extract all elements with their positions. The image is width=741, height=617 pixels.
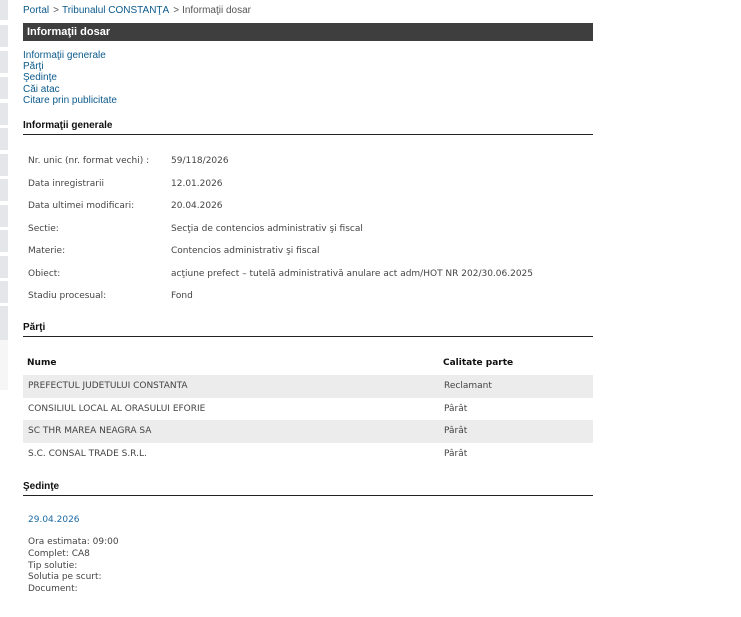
info-label: Materie: xyxy=(28,246,65,256)
hearing-details: Ora estimata: 09:00 Complet: CA8 Tip sol… xyxy=(28,537,119,596)
nav-link-sedinte[interactable]: Şedinţe xyxy=(23,72,117,83)
hearing-solutia-pe-scurt: Solutia pe scurt: xyxy=(28,572,119,584)
breadcrumb: Portal>Tribunalul CONSTANŢA>Informaţii d… xyxy=(23,5,251,16)
nav-link-cai-atac[interactable]: Căi atac xyxy=(23,84,117,95)
section-heading-sedinte: Şedinţe xyxy=(23,481,593,496)
column-header-nume: Nume xyxy=(27,358,56,368)
breadcrumb-portal[interactable]: Portal xyxy=(23,5,49,16)
page-title: Informaţii dosar xyxy=(23,23,593,41)
section-heading-parti: Părţi xyxy=(23,322,593,337)
left-sidebar-strip xyxy=(0,0,8,400)
party-role: Reclamant xyxy=(444,381,492,391)
info-value: Fond xyxy=(171,291,193,301)
hearing-date: 29.04.2026 xyxy=(28,515,119,525)
nav-link-citare-publicitate[interactable]: Citare prin publicitate xyxy=(23,95,117,106)
party-role: Pârât xyxy=(444,426,467,436)
hearing-tip-solutie: Tip solutie: xyxy=(28,561,119,573)
hearing-item: 29.04.2026 Ora estimata: 09:00 Complet: … xyxy=(28,515,119,596)
hearing-complet: Complet: CA8 xyxy=(28,549,119,561)
nav-link-parti[interactable]: Părţi xyxy=(23,61,117,72)
info-value: Contencios administrativ şi fiscal xyxy=(171,246,320,256)
column-header-calitate: Calitate parte xyxy=(443,358,513,368)
info-label: Data ultimei modificari: xyxy=(28,201,134,211)
hearing-document: Document: xyxy=(28,584,119,596)
table-header: Nume Calitate parte xyxy=(23,353,593,375)
info-label: Stadiu procesual: xyxy=(28,291,106,301)
info-value: 20.04.2026 xyxy=(171,201,223,211)
table-row: PREFECTUL JUDETULUI CONSTANTA Reclamant xyxy=(23,375,593,398)
table-row: S.C. CONSAL TRADE S.R.L. Pârât xyxy=(23,443,593,466)
info-label: Nr. unic (nr. format vechi) : xyxy=(28,156,149,166)
breadcrumb-separator: > xyxy=(173,5,179,16)
party-name: CONSILIUL LOCAL AL ORASULUI EFORIE xyxy=(28,404,205,414)
party-name: PREFECTUL JUDETULUI CONSTANTA xyxy=(28,381,188,391)
table-row: CONSILIUL LOCAL AL ORASULUI EFORIE Pârât xyxy=(23,398,593,421)
party-name: S.C. CONSAL TRADE S.R.L. xyxy=(28,449,147,459)
section-nav: Informaţii generale Părţi Şedinţe Căi at… xyxy=(23,50,117,106)
breadcrumb-separator: > xyxy=(53,5,59,16)
party-role: Pârât xyxy=(444,449,467,459)
party-name: SC THR MAREA NEAGRA SA xyxy=(28,426,151,436)
info-value: 59/118/2026 xyxy=(171,156,229,166)
breadcrumb-tribunal[interactable]: Tribunalul CONSTANŢA xyxy=(62,5,169,16)
party-role: Pârât xyxy=(444,404,467,414)
info-value: Secţia de contencios administrativ şi fi… xyxy=(171,224,363,234)
table-row: SC THR MAREA NEAGRA SA Pârât xyxy=(23,420,593,443)
info-value: acţiune prefect – tutelă administrativă … xyxy=(171,269,533,279)
nav-link-informatii-generale[interactable]: Informaţii generale xyxy=(23,50,117,61)
breadcrumb-current: Informaţii dosar xyxy=(182,5,251,16)
info-label: Data inregistrarii xyxy=(28,179,104,189)
info-label: Obiect: xyxy=(28,269,60,279)
info-value: 12.01.2026 xyxy=(171,179,223,189)
parti-table: Nume Calitate parte PREFECTUL JUDETULUI … xyxy=(23,353,593,465)
section-heading-general: Informaţii generale xyxy=(23,120,593,135)
hearing-ora-estimata: Ora estimata: 09:00 xyxy=(28,537,119,549)
info-label: Sectie: xyxy=(28,224,59,234)
